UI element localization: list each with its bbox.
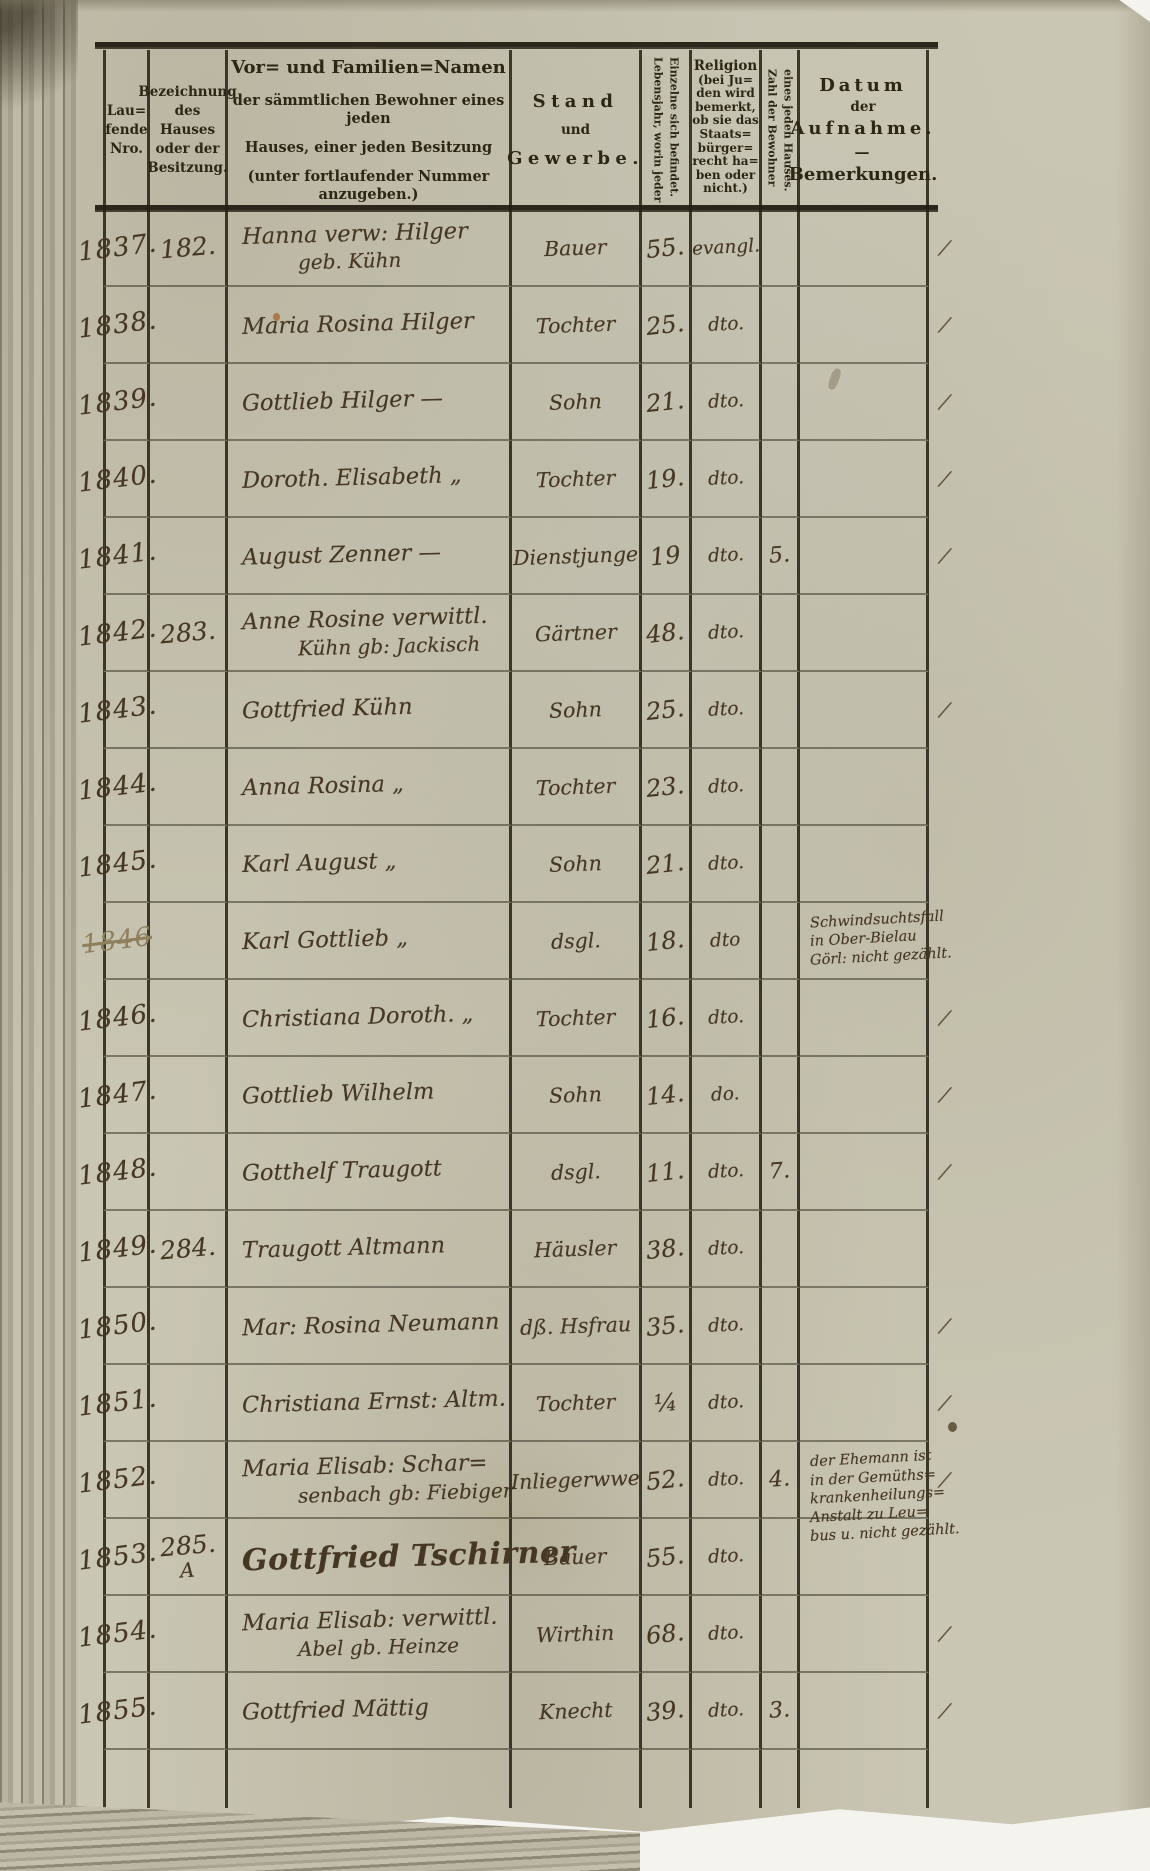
margin-tick-mark: /	[938, 543, 951, 569]
row-name-line: Mar: Rosina Neumann	[242, 1309, 500, 1343]
row-stand-cell: dß. Hsfrau	[512, 1288, 642, 1365]
row-name-cell: Gottfried Mättig	[228, 1673, 512, 1750]
header-line: Bezeichnung	[138, 83, 236, 102]
row-religion: dto.	[707, 544, 744, 567]
row-stand: dsgl.	[550, 928, 601, 954]
row-haus-cell: 283.	[150, 595, 228, 672]
row-count-cell	[762, 980, 800, 1057]
row-name-line: August Zenner —	[242, 539, 442, 571]
row-name-line: geb. Kühn	[298, 246, 402, 276]
row-age-cell: 55.	[642, 210, 692, 287]
header-line: Einzelne sich befindet.	[666, 57, 682, 202]
col-header-laufende-nro: Lau= fende Nro.	[103, 50, 150, 210]
margin-tick-mark: /	[938, 1313, 951, 1339]
header-line: Zahl der Bewohner	[764, 69, 780, 191]
row-count-cell: 4.	[762, 1442, 800, 1519]
ledger-page: Lau= fende Nro. Bezeichnung des Hauses o…	[0, 0, 1150, 1871]
header-line: fende	[105, 121, 147, 140]
row-name-line: Doroth. Elisabeth „	[242, 462, 462, 495]
row-stand: Inliegerwwe	[511, 1465, 641, 1493]
row-count-cell	[762, 672, 800, 749]
row-stand-cell: Dienstjunge	[512, 518, 642, 595]
row-religion: dto.	[707, 1314, 744, 1337]
empty-cell	[642, 1750, 692, 1808]
row-religion-cell: dto.	[692, 1673, 762, 1750]
row-religion-cell: dto.	[692, 826, 762, 903]
row-count-cell	[762, 441, 800, 518]
row-nro-cell: 1850.	[103, 1288, 150, 1365]
row-nro-cell: 1842.	[103, 595, 150, 672]
row-stand-cell: dsgl.	[512, 1134, 642, 1211]
row-haus-cell	[150, 1673, 228, 1750]
header-line: Religion	[694, 60, 757, 74]
row-bemerkung-cell	[800, 1211, 929, 1288]
row-stand: Dienstjunge	[513, 541, 639, 569]
col-header-namen: Vor= und Familien=Namen der sämmtlichen …	[228, 50, 512, 210]
row-stand: dß. Hsfrau	[520, 1312, 632, 1340]
row-bemerkung-cell: /	[800, 1288, 929, 1365]
top-double-rule	[95, 42, 938, 49]
row-nro-cell: 1840.	[103, 441, 150, 518]
row-count-cell	[762, 749, 800, 826]
row-bemerkung-cell	[800, 749, 929, 826]
row-name-line: Gottlieb Hilger —	[242, 385, 444, 417]
margin-tick-mark: /	[938, 1390, 951, 1416]
row-age: 23.	[645, 771, 686, 803]
row-stand: Sohn	[549, 1082, 603, 1108]
row-stand-cell: Tochter	[512, 1365, 642, 1442]
row-name-line: Abel gb. Heinze	[298, 1631, 460, 1662]
row-age: 38.	[645, 1233, 686, 1265]
row-religion-cell: dto.	[692, 287, 762, 364]
margin-tick-mark: /	[938, 1005, 951, 1031]
row-name-cell: Maria Rosina Hilger	[228, 287, 512, 364]
margin-tick-mark: /	[938, 1082, 951, 1108]
row-bemerkung-cell	[800, 826, 929, 903]
row-age: 14.	[645, 1079, 686, 1111]
margin-tick-mark: /	[938, 312, 951, 338]
row-stand-cell: Sohn	[512, 1057, 642, 1134]
header-line: (unter fortlaufender Nummer anzugeben.)	[228, 168, 509, 204]
row-bemerkung-cell: /	[800, 518, 929, 595]
row-age: 19.	[645, 463, 686, 495]
col-header-lebensjahr: Lebensjahr, worin jeder Einzelne sich be…	[642, 50, 692, 210]
row-age: 35.	[645, 1310, 686, 1342]
row-name-line: senbach gb: Fiebiger	[298, 1477, 513, 1510]
row-age-cell: 23.	[642, 749, 692, 826]
row-stand-cell: Bauer	[512, 210, 642, 287]
row-nro: 1855.	[76, 1691, 159, 1730]
margin-tick-mark: /	[938, 1467, 951, 1493]
header-line: ben oder	[696, 169, 755, 183]
row-stand-cell: Wirthin	[512, 1596, 642, 1673]
header-line: Hauses, einer jeden Besitzung	[245, 139, 492, 157]
header-line: Aufnahme.	[790, 117, 935, 141]
row-stand-cell: Tochter	[512, 441, 642, 518]
row-age: 25.	[645, 309, 686, 341]
row-haus-cell	[150, 980, 228, 1057]
row-age-cell: 21.	[642, 826, 692, 903]
row-age-cell: 55.	[642, 1519, 692, 1596]
row-name-line: Gotthelf Traugott	[242, 1155, 442, 1187]
row-age-cell: 16.	[642, 980, 692, 1057]
row-name-cell: Gottfried Tschirner	[228, 1519, 512, 1596]
row-bemerkung-cell: der Ehemann istin der Gemüths=krankenhei…	[800, 1442, 929, 1519]
row-haus-cell: 285.A	[150, 1519, 228, 1596]
row-haus-cell	[150, 364, 228, 441]
row-haus-suffix: A	[179, 1558, 195, 1583]
row-bemerkung-cell: /	[800, 364, 929, 441]
dark-fleck	[948, 1422, 957, 1432]
row-haus-cell	[150, 518, 228, 595]
row-religion-cell: dto.	[692, 1596, 762, 1673]
row-age: ¼	[652, 1387, 678, 1417]
empty-cell	[800, 1750, 929, 1808]
header-line: Besitzung.	[147, 159, 227, 178]
row-nro: 1853.	[76, 1537, 159, 1576]
row-count-cell: 3.	[762, 1673, 800, 1750]
margin-tick-mark: /	[938, 1621, 951, 1647]
row-religion: dto.	[707, 1699, 744, 1722]
row-age-cell: 18.	[642, 903, 692, 980]
row-religion-cell: evangl.	[692, 210, 762, 287]
row-count-cell	[762, 595, 800, 672]
row-nro: 1848.	[76, 1152, 159, 1191]
header-line: nicht.)	[703, 182, 748, 196]
row-count-cell	[762, 364, 800, 441]
row-religion-cell: dto.	[692, 441, 762, 518]
row-name-cell: Christiana Ernst: Altm.	[228, 1365, 512, 1442]
row-count-cell	[762, 1211, 800, 1288]
ledger-scan: Lau= fende Nro. Bezeichnung des Hauses o…	[0, 0, 1150, 1871]
row-age: 18.	[645, 925, 686, 957]
row-age-cell: 21.	[642, 364, 692, 441]
row-nro: 1850.	[76, 1306, 159, 1345]
row-age: 55.	[645, 1541, 686, 1573]
row-nro: 1851.	[76, 1383, 159, 1422]
row-nro: 1847.	[76, 1075, 159, 1114]
header-line: der sämmtlichen Bewohner eines jeden	[228, 92, 509, 128]
margin-tick-mark: /	[938, 466, 951, 492]
row-stand: Wirthin	[536, 1620, 615, 1647]
rotated-header: Lebensjahr, worin jeder Einzelne sich be…	[650, 57, 682, 202]
row-haus-cell	[150, 672, 228, 749]
row-age-cell: 11.	[642, 1134, 692, 1211]
row-stand-cell: Tochter	[512, 287, 642, 364]
row-haus-cell	[150, 1057, 228, 1134]
row-stand-cell: Häusler	[512, 1211, 642, 1288]
row-name-cell: Anna Rosina „	[228, 749, 512, 826]
row-age-cell: 39.	[642, 1673, 692, 1750]
margin-tick-mark: /	[938, 1698, 951, 1724]
row-stand-cell: Sohn	[512, 826, 642, 903]
row-religion: dto.	[707, 698, 744, 721]
empty-cell	[762, 1750, 800, 1808]
row-nro: 1852.	[76, 1460, 159, 1499]
row-name-cell: August Zenner —	[228, 518, 512, 595]
row-religion-cell: dto.	[692, 364, 762, 441]
row-nro: 1846	[81, 921, 154, 959]
row-nro-cell: 1846	[103, 903, 150, 980]
row-age: 52.	[645, 1464, 686, 1496]
empty-cell	[150, 1750, 228, 1808]
row-name-line: Maria Elisab: verwittl.	[242, 1603, 498, 1637]
row-religion-cell: dto.	[692, 1442, 762, 1519]
row-nro-cell: 1843.	[103, 672, 150, 749]
row-nro: 1842.	[76, 613, 159, 652]
row-nro: 1837.	[76, 228, 159, 267]
row-name-line: Gottlieb Wilhelm	[242, 1078, 435, 1110]
row-count-cell	[762, 903, 800, 980]
row-count: 5.	[768, 542, 791, 568]
row-nro: 1843.	[76, 690, 159, 729]
row-nro-cell: 1849.	[103, 1211, 150, 1288]
row-nro: 1840.	[76, 459, 159, 498]
row-religion: dto.	[707, 467, 744, 490]
row-bemerkung-cell: /	[800, 287, 929, 364]
row-nro: 1844.	[76, 767, 159, 806]
row-haus-cell	[150, 1596, 228, 1673]
row-nro-cell: 1853.	[103, 1519, 150, 1596]
row-age: 21.	[645, 848, 686, 880]
row-name-cell: Gotthelf Traugott	[228, 1134, 512, 1211]
row-bemerkung-cell: /	[800, 1134, 929, 1211]
row-stand: Bauer	[544, 1543, 607, 1569]
row-stand-cell: Bauer	[512, 1519, 642, 1596]
row-nro-cell: 1848.	[103, 1134, 150, 1211]
row-age: 16.	[645, 1002, 686, 1034]
row-haus-cell	[150, 1442, 228, 1519]
header-line: bürger=	[698, 142, 754, 156]
row-count-cell	[762, 826, 800, 903]
row-religion-cell: dto.	[692, 980, 762, 1057]
row-bemerkung-cell: /	[800, 980, 929, 1057]
row-count: 3.	[768, 1697, 791, 1723]
header-line: Stand	[533, 91, 619, 113]
row-name-line: Christiana Doroth. „	[242, 1001, 474, 1034]
row-age-cell: 68.	[642, 1596, 692, 1673]
col-header-haus-bezeichnung: Bezeichnung des Hauses oder der Besitzun…	[150, 50, 228, 210]
row-stand: dsgl.	[550, 1159, 601, 1185]
row-age-cell: 25.	[642, 672, 692, 749]
row-stand: Tochter	[535, 1389, 615, 1416]
row-stand-cell: Gärtner	[512, 595, 642, 672]
row-nro: 1846.	[76, 998, 159, 1037]
row-stand-cell: Tochter	[512, 749, 642, 826]
row-haus-cell	[150, 441, 228, 518]
header-line: Lau=	[107, 102, 146, 121]
header-line: Nro.	[110, 140, 143, 159]
header-line: oder der	[156, 140, 220, 159]
row-name-cell: Anne Rosine verwittl.Kühn gb: Jackisch	[228, 595, 512, 672]
row-religion: dto.	[707, 1237, 744, 1260]
row-age-cell: 25.	[642, 287, 692, 364]
row-name-line: Hanna verw: Hilger	[242, 218, 468, 251]
row-stand: Knecht	[538, 1697, 612, 1724]
row-religion-cell: dto.	[692, 1134, 762, 1211]
header-line: Gewerbe.	[507, 148, 644, 170]
header-line: bemerkt,	[695, 101, 756, 115]
row-stand-cell: dsgl.	[512, 903, 642, 980]
row-stand-cell: Inliegerwwe	[512, 1442, 642, 1519]
row-name-cell: Traugott Altmann	[228, 1211, 512, 1288]
row-name-line: Gottfried Kühn	[242, 694, 413, 725]
row-religion-cell: dto.	[692, 1365, 762, 1442]
row-stand: Tochter	[535, 1004, 615, 1031]
row-age-cell: 38.	[642, 1211, 692, 1288]
header-title: Vor= und Familien=Namen	[231, 57, 506, 79]
header-line: Staats=	[699, 128, 751, 142]
row-haus-cell	[150, 1288, 228, 1365]
row-haus-cell: 182.	[150, 210, 228, 287]
row-religion-cell: dto	[692, 903, 762, 980]
row-bemerkung-cell: /	[800, 1596, 929, 1673]
row-age: 55.	[645, 232, 686, 264]
row-age: 11.	[645, 1156, 686, 1188]
row-stand: Sohn	[549, 389, 603, 415]
row-stand-cell: Knecht	[512, 1673, 642, 1750]
row-count-cell	[762, 1057, 800, 1134]
row-stand: Tochter	[535, 311, 615, 338]
row-haus-number: 283.	[158, 616, 216, 650]
row-name-line: Christiana Ernst: Altm.	[242, 1386, 507, 1420]
row-age: 25.	[645, 694, 686, 726]
row-name-cell: Doroth. Elisabeth „	[228, 441, 512, 518]
col-header-stand-gewerbe: Stand und Gewerbe.	[512, 50, 642, 210]
row-nro-cell: 1846.	[103, 980, 150, 1057]
row-haus-cell	[150, 903, 228, 980]
row-nro-cell: 1854.	[103, 1596, 150, 1673]
row-nro-cell: 1839.	[103, 364, 150, 441]
row-age: 21.	[645, 386, 686, 418]
row-religion: dto.	[707, 390, 744, 413]
row-religion: do.	[711, 1083, 741, 1105]
row-religion-cell: dto.	[692, 749, 762, 826]
row-stand: Gärtner	[534, 619, 617, 646]
row-nro-cell: 1838.	[103, 287, 150, 364]
row-religion: dto.	[707, 1006, 744, 1029]
census-table: Lau= fende Nro. Bezeichnung des Hauses o…	[103, 50, 929, 1808]
row-age-cell: 35.	[642, 1288, 692, 1365]
row-nro-cell: 1855.	[103, 1673, 150, 1750]
row-count-cell	[762, 1288, 800, 1365]
row-name-cell: Maria Elisab: Schar=senbach gb: Fiebiger	[228, 1442, 512, 1519]
row-stand-cell: Sohn	[512, 672, 642, 749]
row-age-cell: 19	[642, 518, 692, 595]
scan-shadow-top	[0, 0, 1150, 12]
row-religion-cell: dto.	[692, 672, 762, 749]
row-count-cell	[762, 287, 800, 364]
row-age: 39.	[645, 1695, 686, 1727]
row-count-cell	[762, 1365, 800, 1442]
row-religion-cell: dto.	[692, 1519, 762, 1596]
row-bemerkung-cell: /	[800, 1365, 929, 1442]
row-name-cell: Karl Gottlieb „	[228, 903, 512, 980]
row-religion: dto.	[707, 313, 744, 336]
row-stand-cell: Tochter	[512, 980, 642, 1057]
row-bemerkung-cell	[800, 595, 929, 672]
row-religion-cell: dto.	[692, 518, 762, 595]
row-count-cell	[762, 1519, 800, 1596]
header-line: ob sie das	[692, 114, 759, 128]
row-religion: dto.	[707, 1468, 744, 1491]
header-line: des Hauses	[150, 102, 225, 140]
row-name-cell: Mar: Rosina Neumann	[228, 1288, 512, 1365]
row-name-line: Gottfried Mättig	[242, 1695, 430, 1727]
row-age-cell: ¼	[642, 1365, 692, 1442]
row-stand: Tochter	[535, 465, 615, 492]
empty-cell	[692, 1750, 762, 1808]
row-haus-number: 182.	[158, 231, 216, 265]
row-stand: Sohn	[549, 851, 603, 877]
row-religion: dto	[710, 929, 741, 952]
row-name-line: Maria Elisab: Schar=	[242, 1449, 488, 1482]
header-line: Lebensjahr, worin jeder	[650, 57, 666, 202]
row-nro-cell: 1845.	[103, 826, 150, 903]
row-name-line: Maria Rosina Hilger	[242, 308, 474, 341]
header-line: Datum	[819, 74, 907, 98]
row-age: 19	[649, 540, 682, 571]
row-age: 68.	[645, 1618, 686, 1650]
header-double-rule	[95, 205, 938, 212]
row-nro: 1838.	[76, 305, 159, 344]
header-line: recht ha=	[692, 155, 758, 169]
empty-cell	[228, 1750, 512, 1808]
row-name-line: Karl Gottlieb „	[242, 925, 409, 956]
row-haus-cell	[150, 1134, 228, 1211]
row-haus-cell	[150, 287, 228, 364]
header-line: und	[561, 121, 590, 140]
row-age-cell: 48.	[642, 595, 692, 672]
row-bemerkung-cell: /	[800, 441, 929, 518]
empty-cell	[103, 1750, 150, 1808]
row-age-cell: 19.	[642, 441, 692, 518]
row-bemerkung-cell	[800, 1519, 929, 1596]
row-nro: 1839.	[76, 382, 159, 421]
row-religion: dto.	[707, 1622, 744, 1645]
row-religion: dto.	[707, 775, 744, 798]
row-religion: evangl.	[691, 235, 760, 260]
row-haus-cell	[150, 1365, 228, 1442]
row-religion-cell: dto.	[692, 1288, 762, 1365]
row-name-cell: Maria Elisab: verwittl.Abel gb. Heinze	[228, 1596, 512, 1673]
row-count-cell	[762, 210, 800, 287]
row-count: 7.	[768, 1158, 791, 1184]
row-stand: Sohn	[549, 697, 603, 723]
margin-tick-mark: /	[938, 697, 951, 723]
row-bemerkung-cell: /	[800, 210, 929, 287]
row-bemerkung-cell: Schwindsuchtsfallin Ober-BielauGörl: nic…	[800, 903, 929, 980]
row-stand: Häusler	[534, 1235, 617, 1262]
row-nro: 1849.	[76, 1229, 159, 1268]
row-name-cell: Hanna verw: Hilgergeb. Kühn	[228, 210, 512, 287]
row-name-line: Traugott Altmann	[242, 1232, 446, 1264]
row-name-cell: Christiana Doroth. „	[228, 980, 512, 1057]
empty-cell	[512, 1750, 642, 1808]
row-nro: 1845.	[76, 844, 159, 883]
row-name-cell: Gottlieb Hilger —	[228, 364, 512, 441]
row-nro-cell: 1837.	[103, 210, 150, 287]
col-header-religion: Religion (bei Ju= den wird bemerkt, ob s…	[692, 50, 762, 210]
row-name-line: Anna Rosina „	[242, 771, 404, 802]
row-nro-cell: 1851.	[103, 1365, 150, 1442]
row-religion: dto.	[707, 1391, 744, 1414]
row-count-cell: 5.	[762, 518, 800, 595]
row-nro-cell: 1852.	[103, 1442, 150, 1519]
row-name-cell: Gottfried Kühn	[228, 672, 512, 749]
header-line: der	[850, 98, 875, 117]
row-bemerkung-cell: /	[800, 1057, 929, 1134]
